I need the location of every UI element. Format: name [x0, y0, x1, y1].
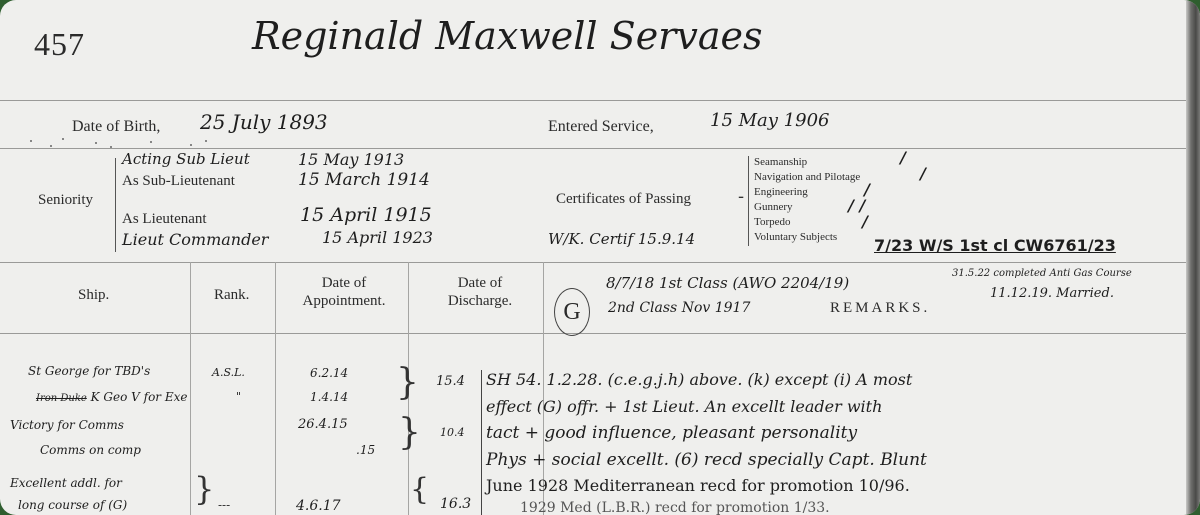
ship-cell-5: long course of (G): [18, 498, 127, 512]
appointment-brace-3: {: [410, 472, 429, 507]
appointment-cell-2: 26.4.15: [298, 417, 348, 432]
rule-below-name: [0, 100, 1186, 101]
remarks-line-1: effect (G) offr. + 1st Lieut. An excellt…: [486, 397, 882, 416]
remarks-line-5: 1929 Med (L.B.R.) recd for promotion 1/3…: [520, 500, 830, 515]
cert-subject-3: Gunnery: [754, 201, 793, 213]
ship-cell-4: Excellent addl. for: [10, 476, 122, 490]
ship-cell-1: Iron Duke K Geo V for Exe: [36, 390, 187, 404]
cert-mark-4: /: [862, 212, 868, 231]
cert-subject-4: Torpedo: [754, 216, 791, 228]
seniority-value-3: 15 April 1923: [322, 228, 433, 247]
remarks-note-anti-gas: 31.5.22 completed Anti Gas Course: [952, 268, 1132, 279]
seniority-label-1: As Sub-Lieutenant: [122, 173, 235, 190]
seniority-value-2: 15 April 1915: [300, 204, 432, 226]
rule-above-table: [0, 262, 1186, 263]
header-ship: Ship.: [78, 287, 109, 304]
header-remarks: REMARKS.: [830, 300, 930, 317]
cert-mark-0: /: [900, 148, 906, 167]
rank-cell-1: ": [236, 390, 241, 403]
discharge-cell-2: 10.4: [440, 426, 465, 439]
service-record-sheet: 457 Reginald Maxwell Servaes Date of Bir…: [0, 0, 1200, 515]
remarks-line-0: SH 54. 1.2.28. (c.e.g.j.h) above. (k) ex…: [486, 370, 912, 389]
appointment-cell-3: .15: [356, 443, 375, 457]
ws-certificate-note: 7/23 W/S 1st cl CW6761/23: [874, 236, 1116, 255]
rule-below-birth: [0, 148, 1186, 149]
appointment-cell-1: 1.4.14: [310, 390, 348, 404]
certificates-brace: [748, 156, 749, 246]
birth-label: Date of Birth,: [72, 118, 160, 136]
seniority-value-1: 15 March 1914: [298, 170, 430, 190]
entered-service-value: 15 May 1906: [710, 110, 830, 131]
certificates-label: Certificates of Passing: [556, 191, 691, 208]
discharge-cell-5: 16.3: [440, 496, 471, 512]
rule-below-header: [0, 333, 1186, 334]
cert-subject-2: Engineering: [754, 186, 808, 198]
ship-cell-2: Victory for Comms: [10, 418, 124, 432]
page-binding-edge: [1186, 0, 1200, 515]
cert-subject-5: Voluntary Subjects: [754, 231, 837, 243]
cert-subject-0: Seamanship: [754, 156, 807, 168]
entered-service-label: Entered Service,: [548, 118, 654, 136]
remarks-note-1st-class: 8/7/18 1st Class (AWO 2204/19): [606, 274, 849, 292]
header-appointment: Date of Appointment.: [292, 274, 396, 310]
seniority-label: Seniority: [38, 192, 93, 209]
seniority-label-2: As Lieutenant: [122, 211, 207, 228]
certificates-dash: -: [738, 186, 744, 207]
header-rank: Rank.: [214, 287, 249, 304]
rank-cell-5: ---: [218, 498, 230, 512]
gunnery-circle-mark: G: [554, 288, 590, 336]
ship-row-brace: }: [194, 470, 214, 508]
record-number: 457: [34, 26, 85, 63]
birth-value: 25 July 1893: [200, 110, 328, 134]
header-discharge: Date of Discharge.: [432, 274, 528, 310]
seniority-brace: [115, 158, 116, 252]
rank-cell-0: A.S.L.: [212, 366, 245, 379]
col-divider-ship-rank: [190, 262, 191, 515]
ship-cell-0: St George for TBD's: [28, 364, 150, 378]
wk-certificate-note: W/K. Certif 15.9.14: [548, 230, 695, 248]
seniority-value-0: 15 May 1913: [298, 150, 404, 169]
remarks-margin-line: [481, 370, 482, 515]
cert-subject-1: Navigation and Pilotage: [754, 171, 860, 183]
appointment-brace-2: }: [398, 412, 421, 453]
remarks-note-2nd-class: 2nd Class Nov 1917: [608, 300, 750, 316]
col-divider-rank-appt: [275, 262, 276, 515]
appointment-brace-1: }: [396, 362, 419, 403]
cert-mark-1: /: [920, 164, 926, 183]
discharge-cell-0: 15.4: [436, 374, 465, 389]
remarks-line-4: June 1928 Mediterranean recd for promoti…: [486, 476, 910, 495]
remarks-note-married: 11.12.19. Married.: [990, 286, 1114, 301]
remarks-line-2: tact + good influence, pleasant personal…: [486, 423, 857, 443]
appointment-cell-0: 6.2.14: [310, 366, 348, 380]
ship-cell-3: Comms on comp: [40, 443, 141, 457]
seniority-label-3: Lieut Commander: [122, 230, 268, 249]
remarks-line-3: Phys + social excellt. (6) recd speciall…: [486, 450, 927, 470]
seniority-label-0: Acting Sub Lieut: [122, 150, 250, 168]
officer-name: Reginald Maxwell Servaes: [252, 14, 762, 58]
appointment-cell-5: 4.6.17: [296, 498, 341, 514]
